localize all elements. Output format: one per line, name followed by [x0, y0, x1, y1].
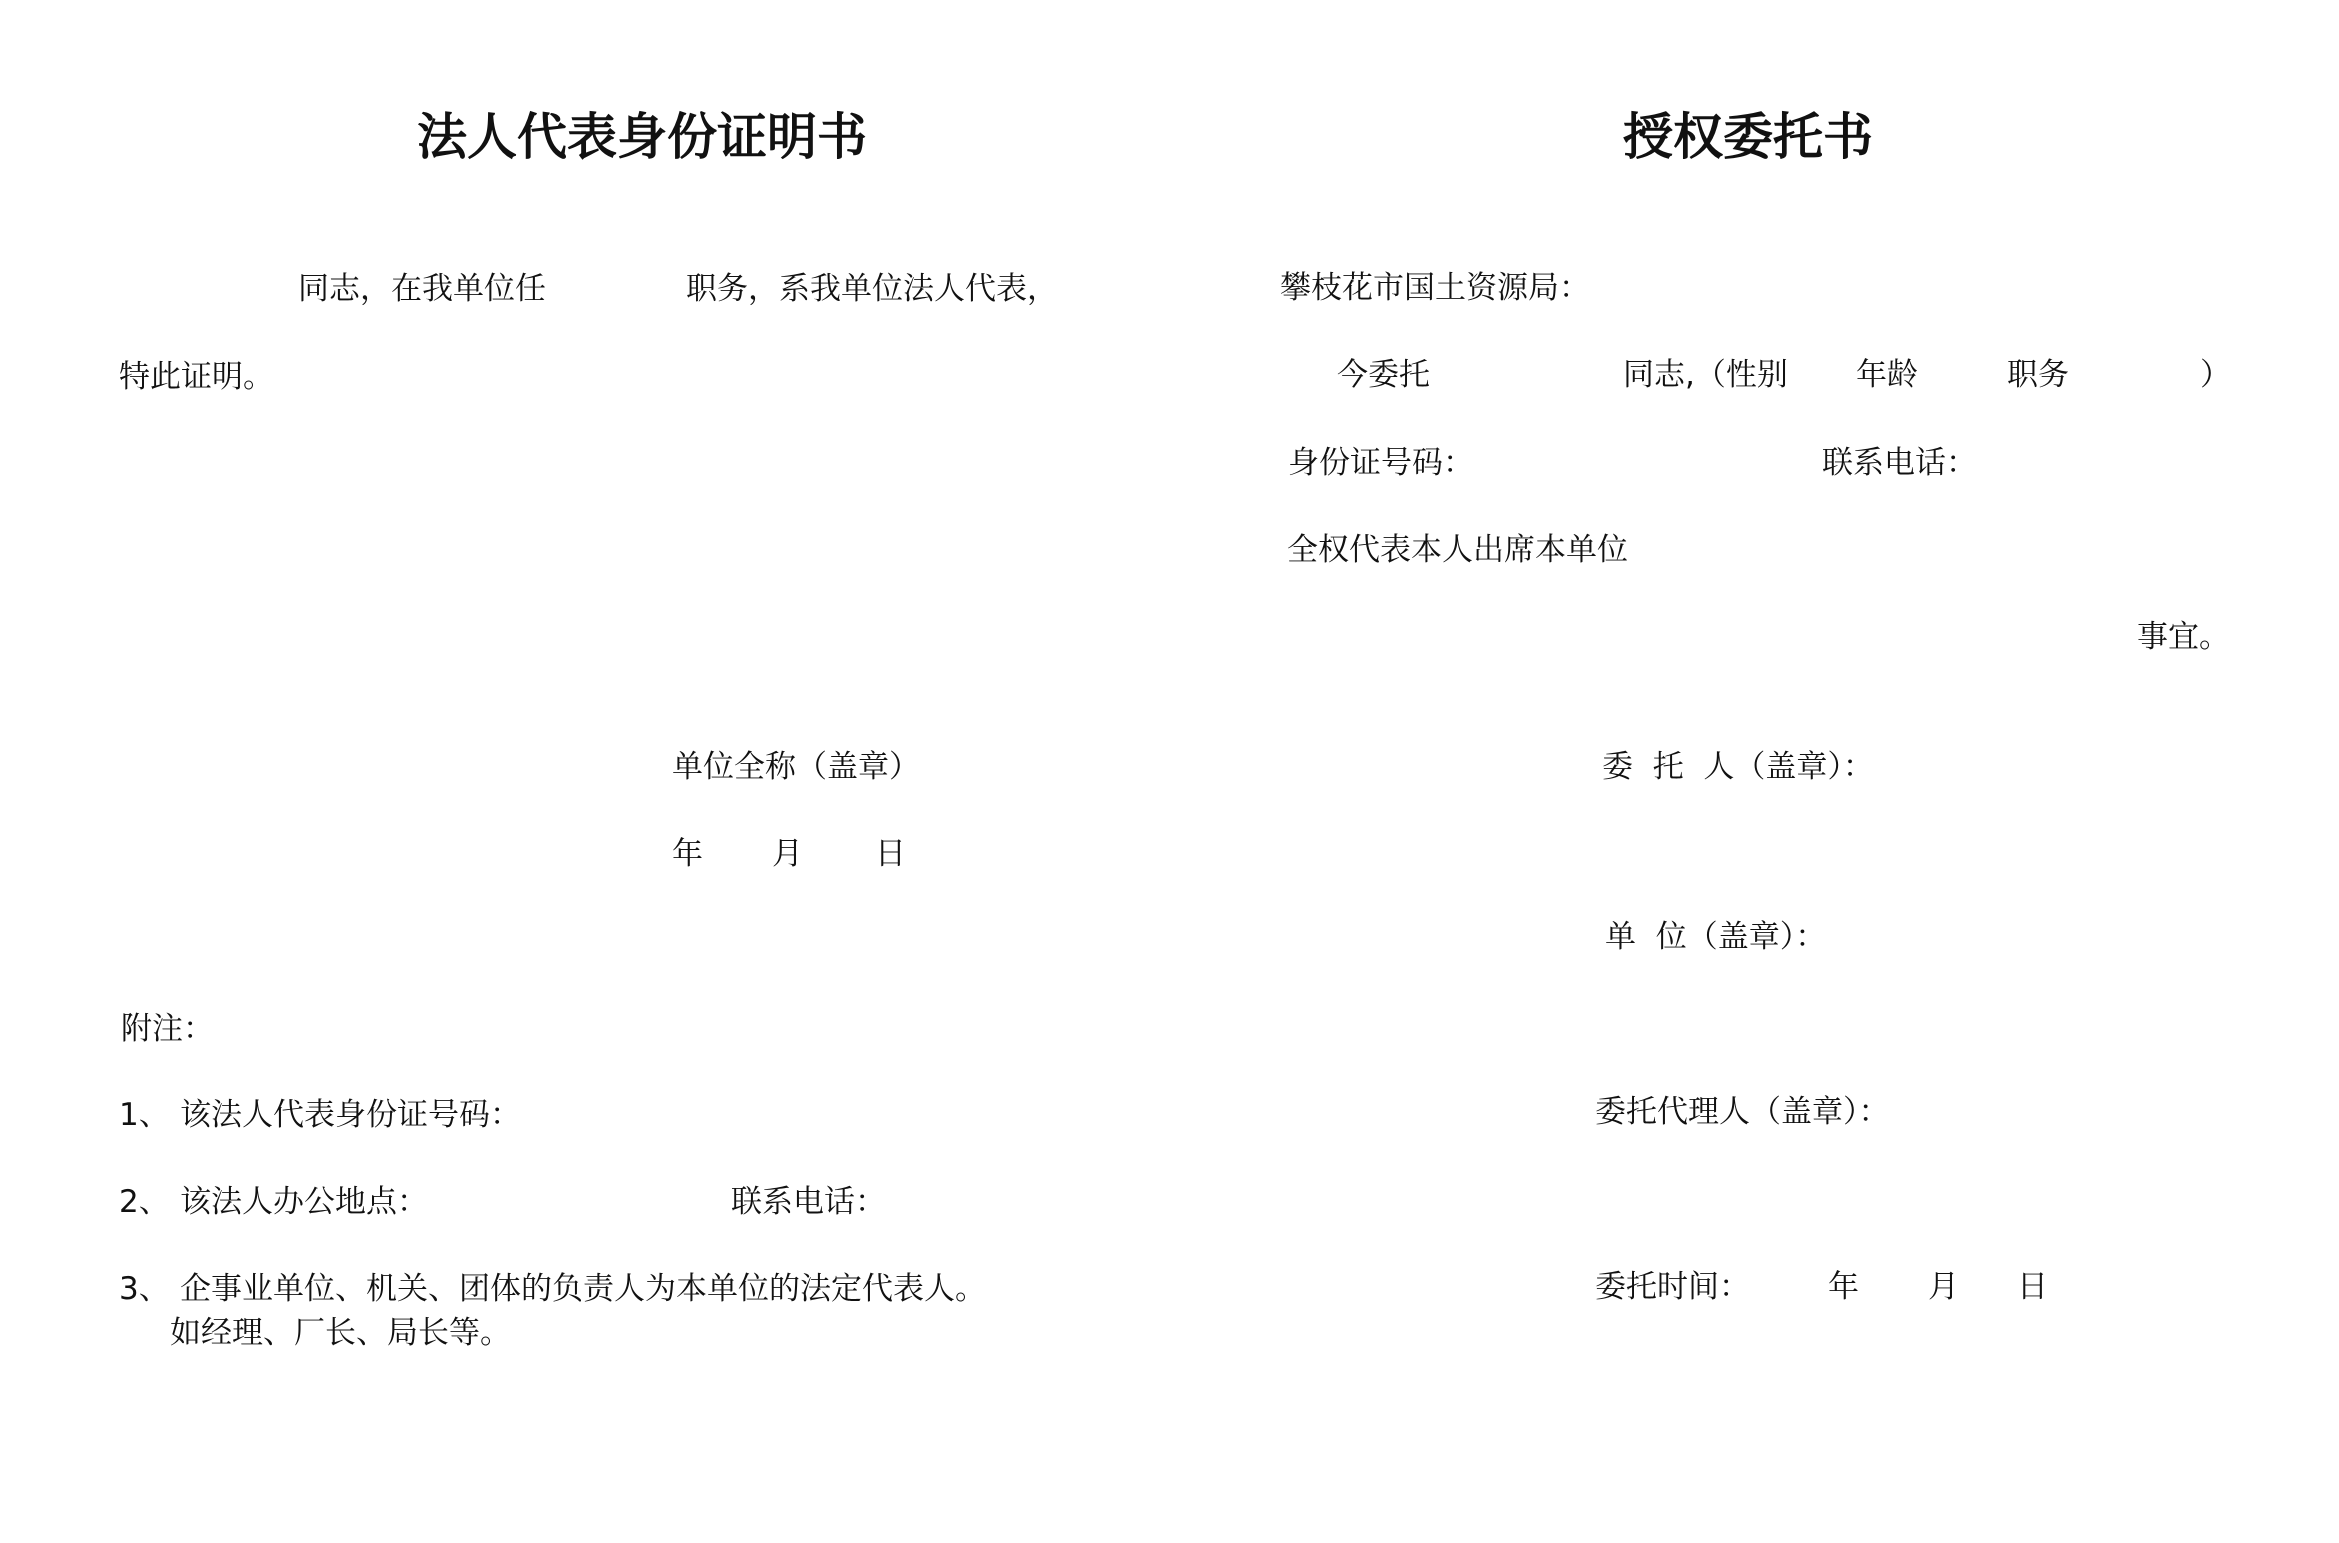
left-date-day: 日	[875, 839, 906, 870]
note-1-num: 1、	[119, 1100, 170, 1131]
note-2-phone: 联系电话：	[731, 1187, 886, 1218]
notes-label: 附注：	[121, 1014, 214, 1045]
right-title: 授权委托书	[1623, 112, 1873, 162]
right-date-month: 月	[1928, 1272, 1959, 1303]
right-date-year: 年	[1828, 1272, 1859, 1303]
addressee: 攀枝花市国土资源局：	[1280, 273, 1590, 304]
age-label: 年龄	[1856, 360, 1918, 391]
position-label: 职务	[2007, 360, 2069, 391]
note-3-num: 3、	[119, 1274, 170, 1305]
principal-seal: 委 托 人（盖章）：	[1602, 752, 1874, 783]
matters-label: 事宜。	[2137, 622, 2230, 653]
left-date-year: 年	[672, 839, 703, 870]
left-date-month: 月	[772, 839, 803, 870]
entrust-time-label: 委托时间：	[1595, 1272, 1750, 1303]
phone-label: 联系电话：	[1822, 448, 1977, 479]
note-2-text: 该法人办公地点：	[180, 1187, 428, 1218]
note-3-text: 企事业单位、机关、团体的负责人为本单位的法定代表人。	[180, 1274, 986, 1305]
note-2-num: 2、	[119, 1187, 170, 1218]
left-title: 法人代表身份证明书	[417, 112, 867, 162]
left-unit-seal: 单位全称（盖章）	[672, 752, 920, 783]
left-line1-part1: 同志，在我单位任	[298, 274, 546, 305]
id-number-label: 身份证号码：	[1288, 448, 1474, 479]
close-paren: ）	[2200, 360, 2231, 391]
unit-seal: 单 位（盖章）：	[1605, 922, 1826, 953]
left-line1-part2: 职务，系我单位法人代表，	[686, 274, 1058, 305]
entrust-label: 今委托	[1337, 360, 1430, 391]
right-date-day: 日	[2017, 1272, 2048, 1303]
note-1-text: 该法人代表身份证号码：	[180, 1100, 521, 1131]
note-3-continuation: 如经理、厂长、局长等。	[170, 1318, 511, 1349]
agent-seal: 委托代理人（盖章）：	[1595, 1097, 1890, 1128]
authority-line: 全权代表本人出席本单位	[1287, 535, 1628, 566]
legal-rep-certificate: 法人代表身份证明书 同志，在我单位任 职务，系我单位法人代表， 特此证明。 单位…	[0, 0, 1170, 1543]
power-of-attorney: 授权委托书 攀枝花市国土资源局： 今委托 同志,（性别 年龄 职务 ） 身份证号…	[1170, 0, 2339, 1543]
left-line2: 特此证明。	[119, 362, 274, 393]
comrade-gender-label: 同志,（性别	[1623, 360, 1788, 391]
